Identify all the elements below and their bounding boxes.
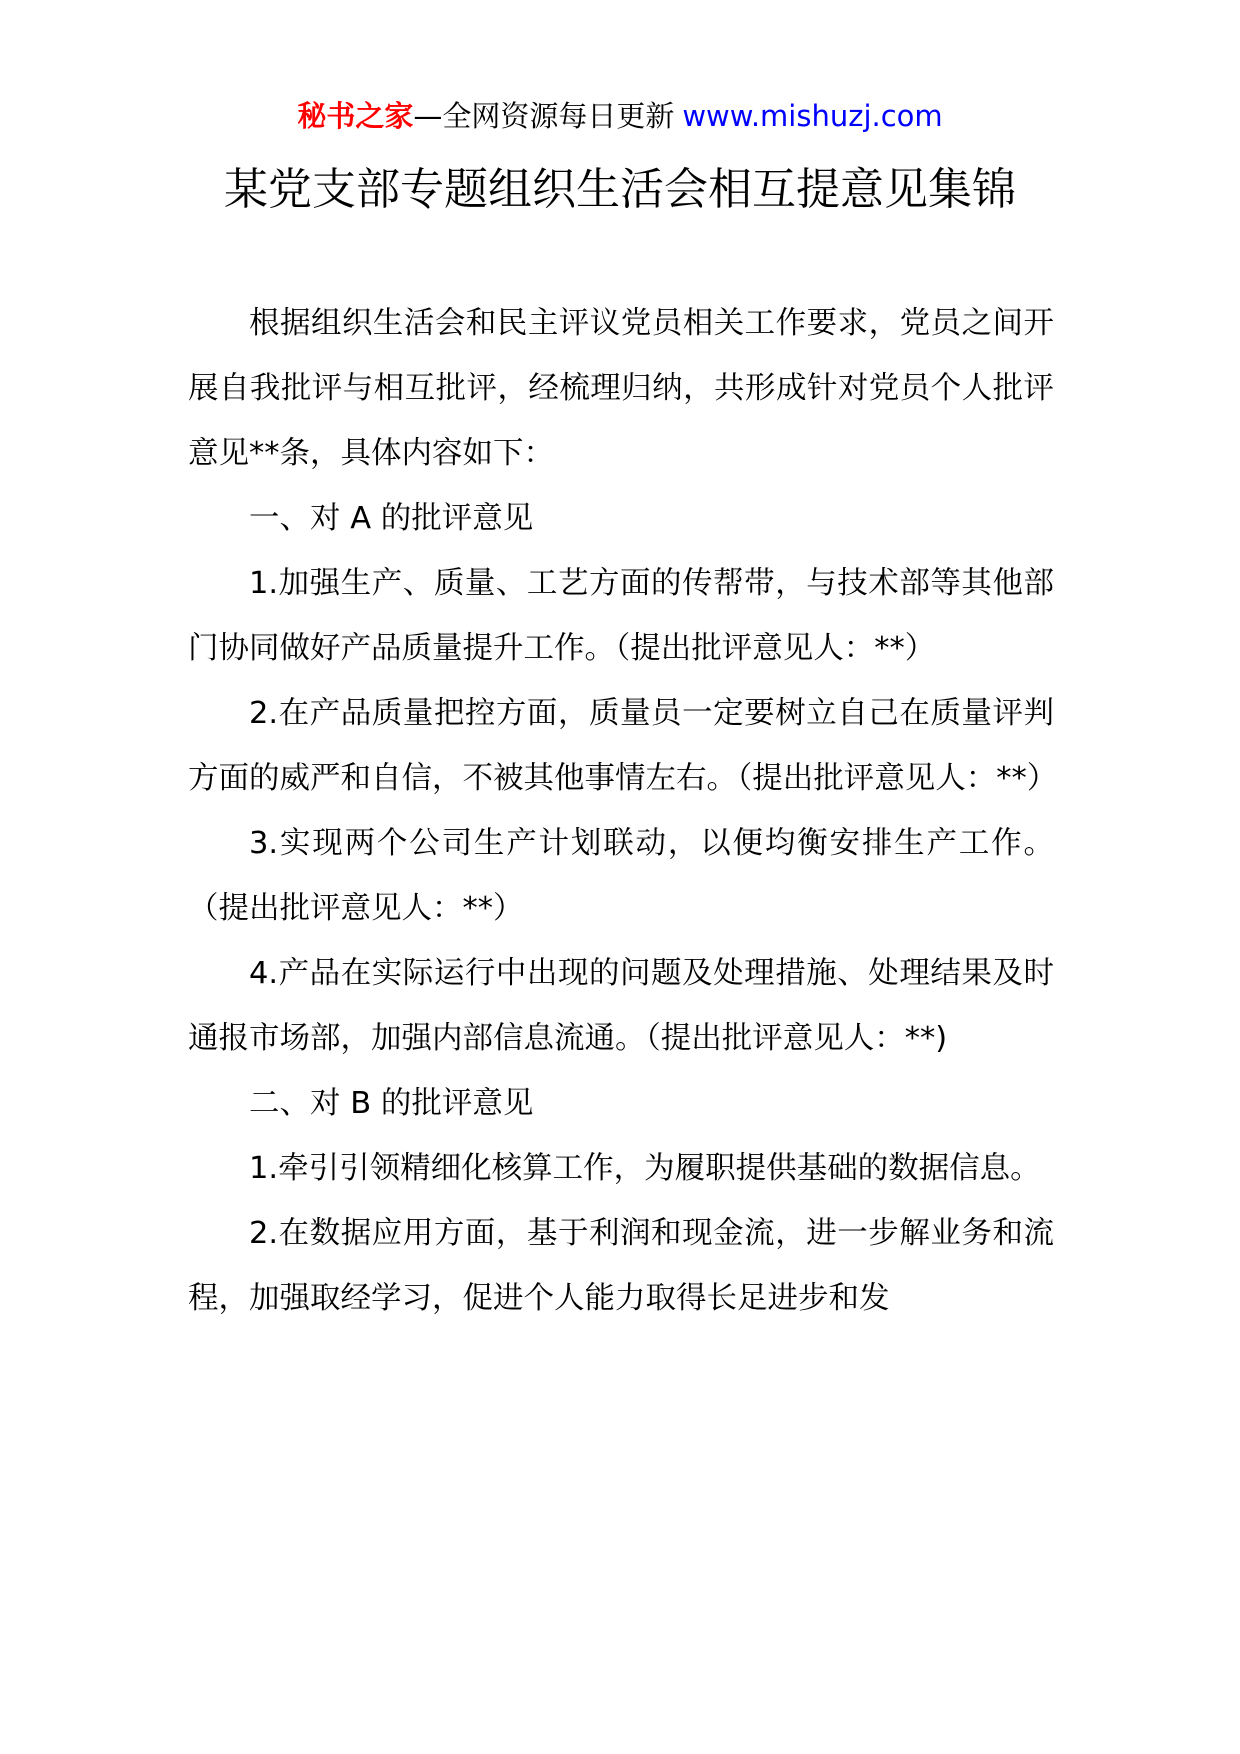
section-heading-a: 一、对 A 的批评意见 <box>188 486 1054 551</box>
site-url-link[interactable]: www.mishuzj.com <box>682 99 942 133</box>
document-title: 某党支部专题组织生活会相互提意见集锦 <box>0 160 1240 220</box>
list-item: 4.产品在实际运行中出现的问题及处理措施、处理结果及时通报市场部，加强内部信息流… <box>188 941 1054 1071</box>
banner-tagline: —全网资源每日更新 <box>413 99 674 133</box>
section-heading-b: 二、对 B 的批评意见 <box>188 1071 1054 1136</box>
intro-paragraph: 根据组织生活会和民主评议党员相关工作要求，党员之间开展自我批评与相互批评，经梳理… <box>188 291 1054 486</box>
list-item: 1.牵引引领精细化核算工作，为履职提供基础的数据信息。 <box>188 1136 1054 1201</box>
site-banner: 秘书之家—全网资源每日更新www.mishuzj.com <box>0 96 1240 136</box>
list-item: 2.在数据应用方面，基于利润和现金流，进一步解业务和流程，加强取经学习，促进个人… <box>188 1201 1054 1331</box>
list-item: 3.实现两个公司生产计划联动，以便均衡安排生产工作。（提出批评意见人：**） <box>188 811 1054 941</box>
document-body: 根据组织生活会和民主评议党员相关工作要求，党员之间开展自我批评与相互批评，经梳理… <box>188 291 1054 1331</box>
list-item: 2.在产品质量把控方面，质量员一定要树立自己在质量评判方面的威严和自信，不被其他… <box>188 681 1054 811</box>
list-item: 1.加强生产、质量、工艺方面的传帮带，与技术部等其他部门协同做好产品质量提升工作… <box>188 551 1054 681</box>
brand-name: 秘书之家 <box>297 99 413 133</box>
